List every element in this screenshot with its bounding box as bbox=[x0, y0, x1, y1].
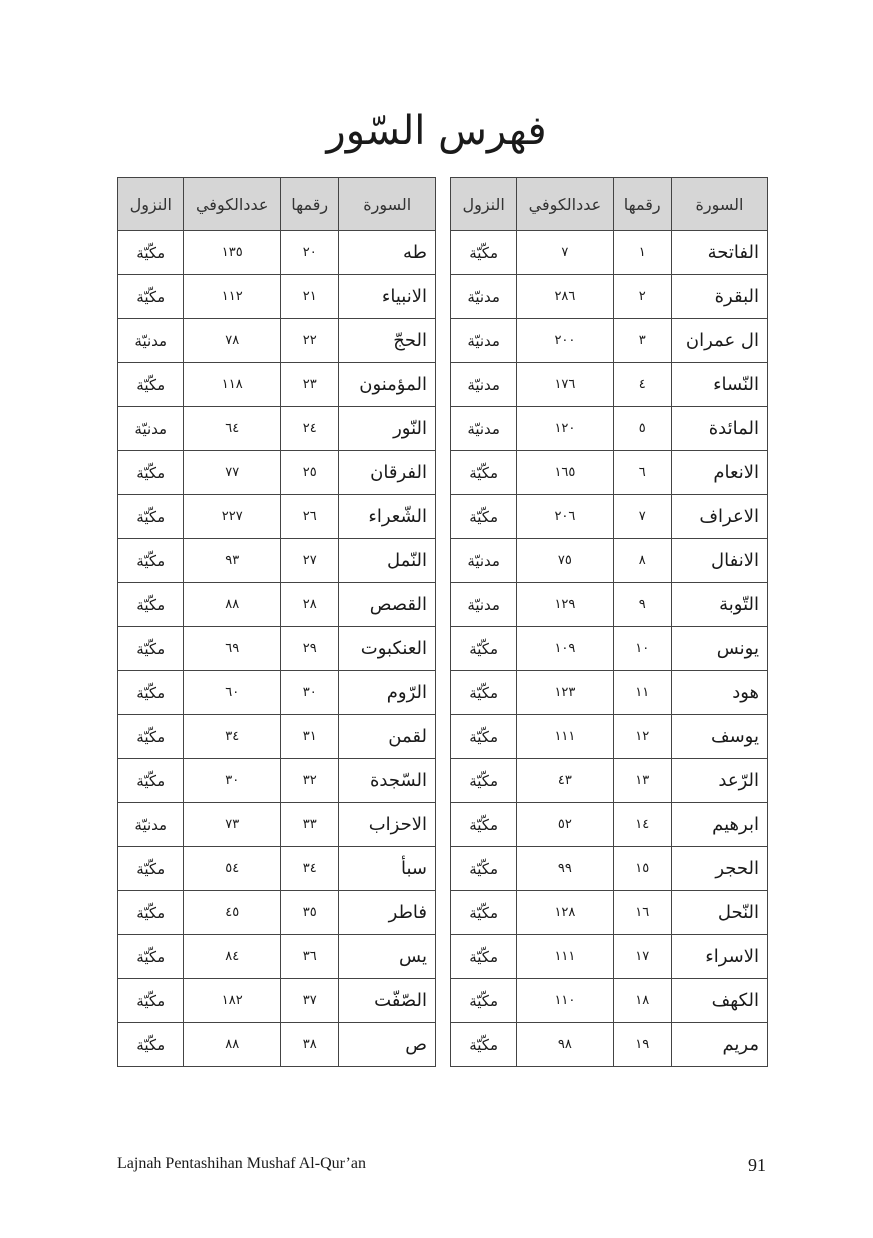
verse-count-cell: ٣٠ bbox=[184, 759, 280, 803]
revelation-cell: مكّيّة bbox=[118, 539, 184, 583]
table-row: فاطر٣٥٤٥مكّيّة bbox=[118, 891, 436, 935]
revelation-cell: مكّيّة bbox=[118, 363, 184, 407]
sura-name-cell: لقمن bbox=[339, 715, 436, 759]
sura-name-cell: القصص bbox=[339, 583, 436, 627]
revelation-cell: مكّيّة bbox=[451, 979, 517, 1023]
verse-count-cell: ١١٠ bbox=[517, 979, 613, 1023]
sura-number-cell: ٢٨ bbox=[280, 583, 339, 627]
verse-count-cell: ٧ bbox=[517, 231, 613, 275]
sura-name-cell: المؤمنون bbox=[339, 363, 436, 407]
verse-count-cell: ١٢٨ bbox=[517, 891, 613, 935]
sura-name-cell: سبأ bbox=[339, 847, 436, 891]
verse-count-cell: ٢٢٧ bbox=[184, 495, 280, 539]
sura-number-cell: ٢ bbox=[613, 275, 671, 319]
table-row: يس٣٦٨٤مكّيّة bbox=[118, 935, 436, 979]
revelation-cell: مكّيّة bbox=[118, 979, 184, 1023]
revelation-cell: مدنيّة bbox=[451, 319, 517, 363]
verse-count-cell: ١١١ bbox=[517, 935, 613, 979]
sura-number-cell: ٣٦ bbox=[280, 935, 339, 979]
verse-count-cell: ٩٣ bbox=[184, 539, 280, 583]
table-row: السّجدة٣٢٣٠مكّيّة bbox=[118, 759, 436, 803]
table-row: النّور٢٤٦٤مدنيّة bbox=[118, 407, 436, 451]
sura-number-cell: ٢٤ bbox=[280, 407, 339, 451]
sura-name-cell: الحجّ bbox=[339, 319, 436, 363]
revelation-cell: مكّيّة bbox=[118, 847, 184, 891]
table-row: طه٢٠١٣٥مكّيّة bbox=[118, 231, 436, 275]
verse-count-cell: ٧٥ bbox=[517, 539, 613, 583]
verse-count-cell: ١٣٥ bbox=[184, 231, 280, 275]
revelation-cell: مدنيّة bbox=[451, 363, 517, 407]
revelation-cell: مكّيّة bbox=[451, 1023, 517, 1067]
table-row: الفاتحة١٧مكّيّة bbox=[451, 231, 768, 275]
sura-number-cell: ١٦ bbox=[613, 891, 671, 935]
table-row: القصص٢٨٨٨مكّيّة bbox=[118, 583, 436, 627]
footer-publisher: Lajnah Pentashihan Mushaf Al-Qur’an bbox=[117, 1155, 366, 1173]
sura-name-cell: التّوبة bbox=[671, 583, 767, 627]
table-row: الاحزاب٣٣٧٣مدنيّة bbox=[118, 803, 436, 847]
sura-name-cell: الرّوم bbox=[339, 671, 436, 715]
table-row: مريم١٩٩٨مكّيّة bbox=[451, 1023, 768, 1067]
sura-name-cell: مريم bbox=[671, 1023, 767, 1067]
sura-number-cell: ٢٣ bbox=[280, 363, 339, 407]
verse-count-cell: ١١٢ bbox=[184, 275, 280, 319]
table-row: الاسراء١٧١١١مكّيّة bbox=[451, 935, 768, 979]
sura-number-cell: ٣ bbox=[613, 319, 671, 363]
page-number: 91 bbox=[748, 1155, 766, 1176]
verse-count-cell: ٥٤ bbox=[184, 847, 280, 891]
table-row: يوسف١٢١١١مكّيّة bbox=[451, 715, 768, 759]
sura-name-cell: النّمل bbox=[339, 539, 436, 583]
sura-name-cell: الانعام bbox=[671, 451, 767, 495]
verse-count-cell: ٧٣ bbox=[184, 803, 280, 847]
sura-number-cell: ١٨ bbox=[613, 979, 671, 1023]
table-row: الكهف١٨١١٠مكّيّة bbox=[451, 979, 768, 1023]
verse-count-cell: ١٠٩ bbox=[517, 627, 613, 671]
sura-name-cell: النّحل bbox=[671, 891, 767, 935]
revelation-cell: مدنيّة bbox=[118, 319, 184, 363]
table-row: لقمن٣١٣٤مكّيّة bbox=[118, 715, 436, 759]
sura-name-cell: يونس bbox=[671, 627, 767, 671]
sura-number-cell: ٣٢ bbox=[280, 759, 339, 803]
sura-name-cell: النّساء bbox=[671, 363, 767, 407]
sura-index-table-left: السورة رقمها عددالكوفي النزول طه٢٠١٣٥مكّ… bbox=[117, 177, 436, 1067]
revelation-cell: مدنيّة bbox=[118, 803, 184, 847]
sura-name-cell: ال عمران bbox=[671, 319, 767, 363]
table-row: ابرهيم١٤٥٢مكّيّة bbox=[451, 803, 768, 847]
sura-number-cell: ١٣ bbox=[613, 759, 671, 803]
table-row: الشّعراء٢٦٢٢٧مكّيّة bbox=[118, 495, 436, 539]
table-row: الانفال٨٧٥مدنيّة bbox=[451, 539, 768, 583]
sura-name-cell: النّور bbox=[339, 407, 436, 451]
sura-name-cell: يوسف bbox=[671, 715, 767, 759]
revelation-cell: مكّيّة bbox=[118, 715, 184, 759]
revelation-cell: مدنيّة bbox=[118, 407, 184, 451]
verse-count-cell: ٩٩ bbox=[517, 847, 613, 891]
sura-number-cell: ٢١ bbox=[280, 275, 339, 319]
header-sura: السورة bbox=[339, 178, 436, 231]
sura-number-cell: ١٢ bbox=[613, 715, 671, 759]
revelation-cell: مكّيّة bbox=[118, 759, 184, 803]
verse-count-cell: ١٢٠ bbox=[517, 407, 613, 451]
sura-number-cell: ١٥ bbox=[613, 847, 671, 891]
table-row: ال عمران٣٢٠٠مدنيّة bbox=[451, 319, 768, 363]
revelation-cell: مكّيّة bbox=[451, 803, 517, 847]
header-revelation: النزول bbox=[451, 178, 517, 231]
sura-name-cell: السّجدة bbox=[339, 759, 436, 803]
table-row: المائدة٥١٢٠مدنيّة bbox=[451, 407, 768, 451]
sura-index-table-right: السورة رقمها عددالكوفي النزول الفاتحة١٧م… bbox=[450, 177, 768, 1067]
sura-number-cell: ١٠ bbox=[613, 627, 671, 671]
revelation-cell: مكّيّة bbox=[118, 231, 184, 275]
sura-name-cell: ص bbox=[339, 1023, 436, 1067]
table-row: الرّوم٣٠٦٠مكّيّة bbox=[118, 671, 436, 715]
table-row: البقرة٢٢٨٦مدنيّة bbox=[451, 275, 768, 319]
sura-number-cell: ٣٨ bbox=[280, 1023, 339, 1067]
sura-name-cell: الاحزاب bbox=[339, 803, 436, 847]
table-row: الرّعد١٣٤٣مكّيّة bbox=[451, 759, 768, 803]
verse-count-cell: ٢٠٦ bbox=[517, 495, 613, 539]
verse-count-cell: ٢٨٦ bbox=[517, 275, 613, 319]
sura-name-cell: ابرهيم bbox=[671, 803, 767, 847]
sura-number-cell: ٢٦ bbox=[280, 495, 339, 539]
sura-name-cell: الشّعراء bbox=[339, 495, 436, 539]
sura-number-cell: ٤ bbox=[613, 363, 671, 407]
revelation-cell: مكّيّة bbox=[451, 847, 517, 891]
table-row: الاعراف٧٢٠٦مكّيّة bbox=[451, 495, 768, 539]
verse-count-cell: ٨٤ bbox=[184, 935, 280, 979]
header-number: رقمها bbox=[613, 178, 671, 231]
verse-count-cell: ٧٧ bbox=[184, 451, 280, 495]
revelation-cell: مكّيّة bbox=[118, 627, 184, 671]
table-header-row: السورة رقمها عددالكوفي النزول bbox=[451, 178, 768, 231]
revelation-cell: مكّيّة bbox=[451, 891, 517, 935]
revelation-cell: مدنيّة bbox=[451, 583, 517, 627]
revelation-cell: مكّيّة bbox=[118, 583, 184, 627]
table-row: النّساء٤١٧٦مدنيّة bbox=[451, 363, 768, 407]
table-row: العنكبوت٢٩٦٩مكّيّة bbox=[118, 627, 436, 671]
sura-number-cell: ١٤ bbox=[613, 803, 671, 847]
sura-number-cell: ٦ bbox=[613, 451, 671, 495]
verse-count-cell: ٨٨ bbox=[184, 1023, 280, 1067]
table-row: هود١١١٢٣مكّيّة bbox=[451, 671, 768, 715]
revelation-cell: مكّيّة bbox=[118, 451, 184, 495]
verse-count-cell: ١١٨ bbox=[184, 363, 280, 407]
revelation-cell: مكّيّة bbox=[451, 935, 517, 979]
table-row: المؤمنون٢٣١١٨مكّيّة bbox=[118, 363, 436, 407]
table-row: الفرقان٢٥٧٧مكّيّة bbox=[118, 451, 436, 495]
revelation-cell: مكّيّة bbox=[118, 275, 184, 319]
sura-name-cell: الفرقان bbox=[339, 451, 436, 495]
revelation-cell: مدنيّة bbox=[451, 407, 517, 451]
verse-count-cell: ٦٠ bbox=[184, 671, 280, 715]
sura-number-cell: ٨ bbox=[613, 539, 671, 583]
sura-number-cell: ٢٢ bbox=[280, 319, 339, 363]
verse-count-cell: ١٢٣ bbox=[517, 671, 613, 715]
sura-number-cell: ١ bbox=[613, 231, 671, 275]
table-row: الانبياء٢١١١٢مكّيّة bbox=[118, 275, 436, 319]
table-row: النّحل١٦١٢٨مكّيّة bbox=[451, 891, 768, 935]
sura-name-cell: هود bbox=[671, 671, 767, 715]
table-row: النّمل٢٧٩٣مكّيّة bbox=[118, 539, 436, 583]
table-header-row: السورة رقمها عددالكوفي النزول bbox=[118, 178, 436, 231]
sura-name-cell: الرّعد bbox=[671, 759, 767, 803]
revelation-cell: مكّيّة bbox=[451, 495, 517, 539]
revelation-cell: مكّيّة bbox=[118, 495, 184, 539]
verse-count-cell: ٤٣ bbox=[517, 759, 613, 803]
verse-count-cell: ٦٤ bbox=[184, 407, 280, 451]
sura-number-cell: ٣٥ bbox=[280, 891, 339, 935]
verse-count-cell: ٩٨ bbox=[517, 1023, 613, 1067]
header-verse-count: عددالكوفي bbox=[517, 178, 613, 231]
sura-number-cell: ٣٤ bbox=[280, 847, 339, 891]
sura-name-cell: يس bbox=[339, 935, 436, 979]
sura-name-cell: طه bbox=[339, 231, 436, 275]
revelation-cell: مدنيّة bbox=[451, 539, 517, 583]
header-number: رقمها bbox=[280, 178, 339, 231]
table-row: سبأ٣٤٥٤مكّيّة bbox=[118, 847, 436, 891]
sura-number-cell: ٩ bbox=[613, 583, 671, 627]
sura-name-cell: الانفال bbox=[671, 539, 767, 583]
verse-count-cell: ٦٩ bbox=[184, 627, 280, 671]
table-row: الحجّ٢٢٧٨مدنيّة bbox=[118, 319, 436, 363]
sura-number-cell: ١٧ bbox=[613, 935, 671, 979]
sura-name-cell: الانبياء bbox=[339, 275, 436, 319]
revelation-cell: مكّيّة bbox=[118, 1023, 184, 1067]
verse-count-cell: ١٦٥ bbox=[517, 451, 613, 495]
sura-name-cell: الفاتحة bbox=[671, 231, 767, 275]
sura-number-cell: ٣١ bbox=[280, 715, 339, 759]
revelation-cell: مكّيّة bbox=[451, 671, 517, 715]
revelation-cell: مكّيّة bbox=[118, 671, 184, 715]
verse-count-cell: ٤٥ bbox=[184, 891, 280, 935]
sura-name-cell: الكهف bbox=[671, 979, 767, 1023]
sura-number-cell: ١٩ bbox=[613, 1023, 671, 1067]
revelation-cell: مكّيّة bbox=[451, 759, 517, 803]
header-revelation: النزول bbox=[118, 178, 184, 231]
verse-count-cell: ٣٤ bbox=[184, 715, 280, 759]
verse-count-cell: ١٨٢ bbox=[184, 979, 280, 1023]
page-title: فهرس السّور bbox=[0, 108, 873, 154]
sura-number-cell: ٢٠ bbox=[280, 231, 339, 275]
verse-count-cell: ١١١ bbox=[517, 715, 613, 759]
table-body: طه٢٠١٣٥مكّيّةالانبياء٢١١١٢مكّيّةالحجّ٢٢٧… bbox=[118, 231, 436, 1067]
revelation-cell: مكّيّة bbox=[118, 891, 184, 935]
sura-name-cell: الاعراف bbox=[671, 495, 767, 539]
sura-number-cell: ٥ bbox=[613, 407, 671, 451]
sura-name-cell: فاطر bbox=[339, 891, 436, 935]
table-row: ص٣٨٨٨مكّيّة bbox=[118, 1023, 436, 1067]
table-body: الفاتحة١٧مكّيّةالبقرة٢٢٨٦مدنيّةال عمران٣… bbox=[451, 231, 768, 1067]
table-row: الحجر١٥٩٩مكّيّة bbox=[451, 847, 768, 891]
header-verse-count: عددالكوفي bbox=[184, 178, 280, 231]
sura-name-cell: الحجر bbox=[671, 847, 767, 891]
revelation-cell: مكّيّة bbox=[118, 935, 184, 979]
sura-name-cell: الاسراء bbox=[671, 935, 767, 979]
verse-count-cell: ١٧٦ bbox=[517, 363, 613, 407]
sura-number-cell: ٣٠ bbox=[280, 671, 339, 715]
revelation-cell: مدنيّة bbox=[451, 275, 517, 319]
sura-name-cell: العنكبوت bbox=[339, 627, 436, 671]
revelation-cell: مكّيّة bbox=[451, 715, 517, 759]
table-row: يونس١٠١٠٩مكّيّة bbox=[451, 627, 768, 671]
verse-count-cell: ٢٠٠ bbox=[517, 319, 613, 363]
sura-number-cell: ٢٩ bbox=[280, 627, 339, 671]
sura-number-cell: ٧ bbox=[613, 495, 671, 539]
revelation-cell: مكّيّة bbox=[451, 451, 517, 495]
header-sura: السورة bbox=[671, 178, 767, 231]
verse-count-cell: ٧٨ bbox=[184, 319, 280, 363]
revelation-cell: مكّيّة bbox=[451, 231, 517, 275]
table-row: الصّفّت٣٧١٨٢مكّيّة bbox=[118, 979, 436, 1023]
table-row: الانعام٦١٦٥مكّيّة bbox=[451, 451, 768, 495]
sura-number-cell: ٣٧ bbox=[280, 979, 339, 1023]
verse-count-cell: ٨٨ bbox=[184, 583, 280, 627]
verse-count-cell: ٥٢ bbox=[517, 803, 613, 847]
sura-number-cell: ١١ bbox=[613, 671, 671, 715]
sura-number-cell: ٢٥ bbox=[280, 451, 339, 495]
sura-name-cell: المائدة bbox=[671, 407, 767, 451]
sura-name-cell: الصّفّت bbox=[339, 979, 436, 1023]
revelation-cell: مكّيّة bbox=[451, 627, 517, 671]
table-row: التّوبة٩١٢٩مدنيّة bbox=[451, 583, 768, 627]
sura-number-cell: ٢٧ bbox=[280, 539, 339, 583]
sura-number-cell: ٣٣ bbox=[280, 803, 339, 847]
verse-count-cell: ١٢٩ bbox=[517, 583, 613, 627]
sura-name-cell: البقرة bbox=[671, 275, 767, 319]
